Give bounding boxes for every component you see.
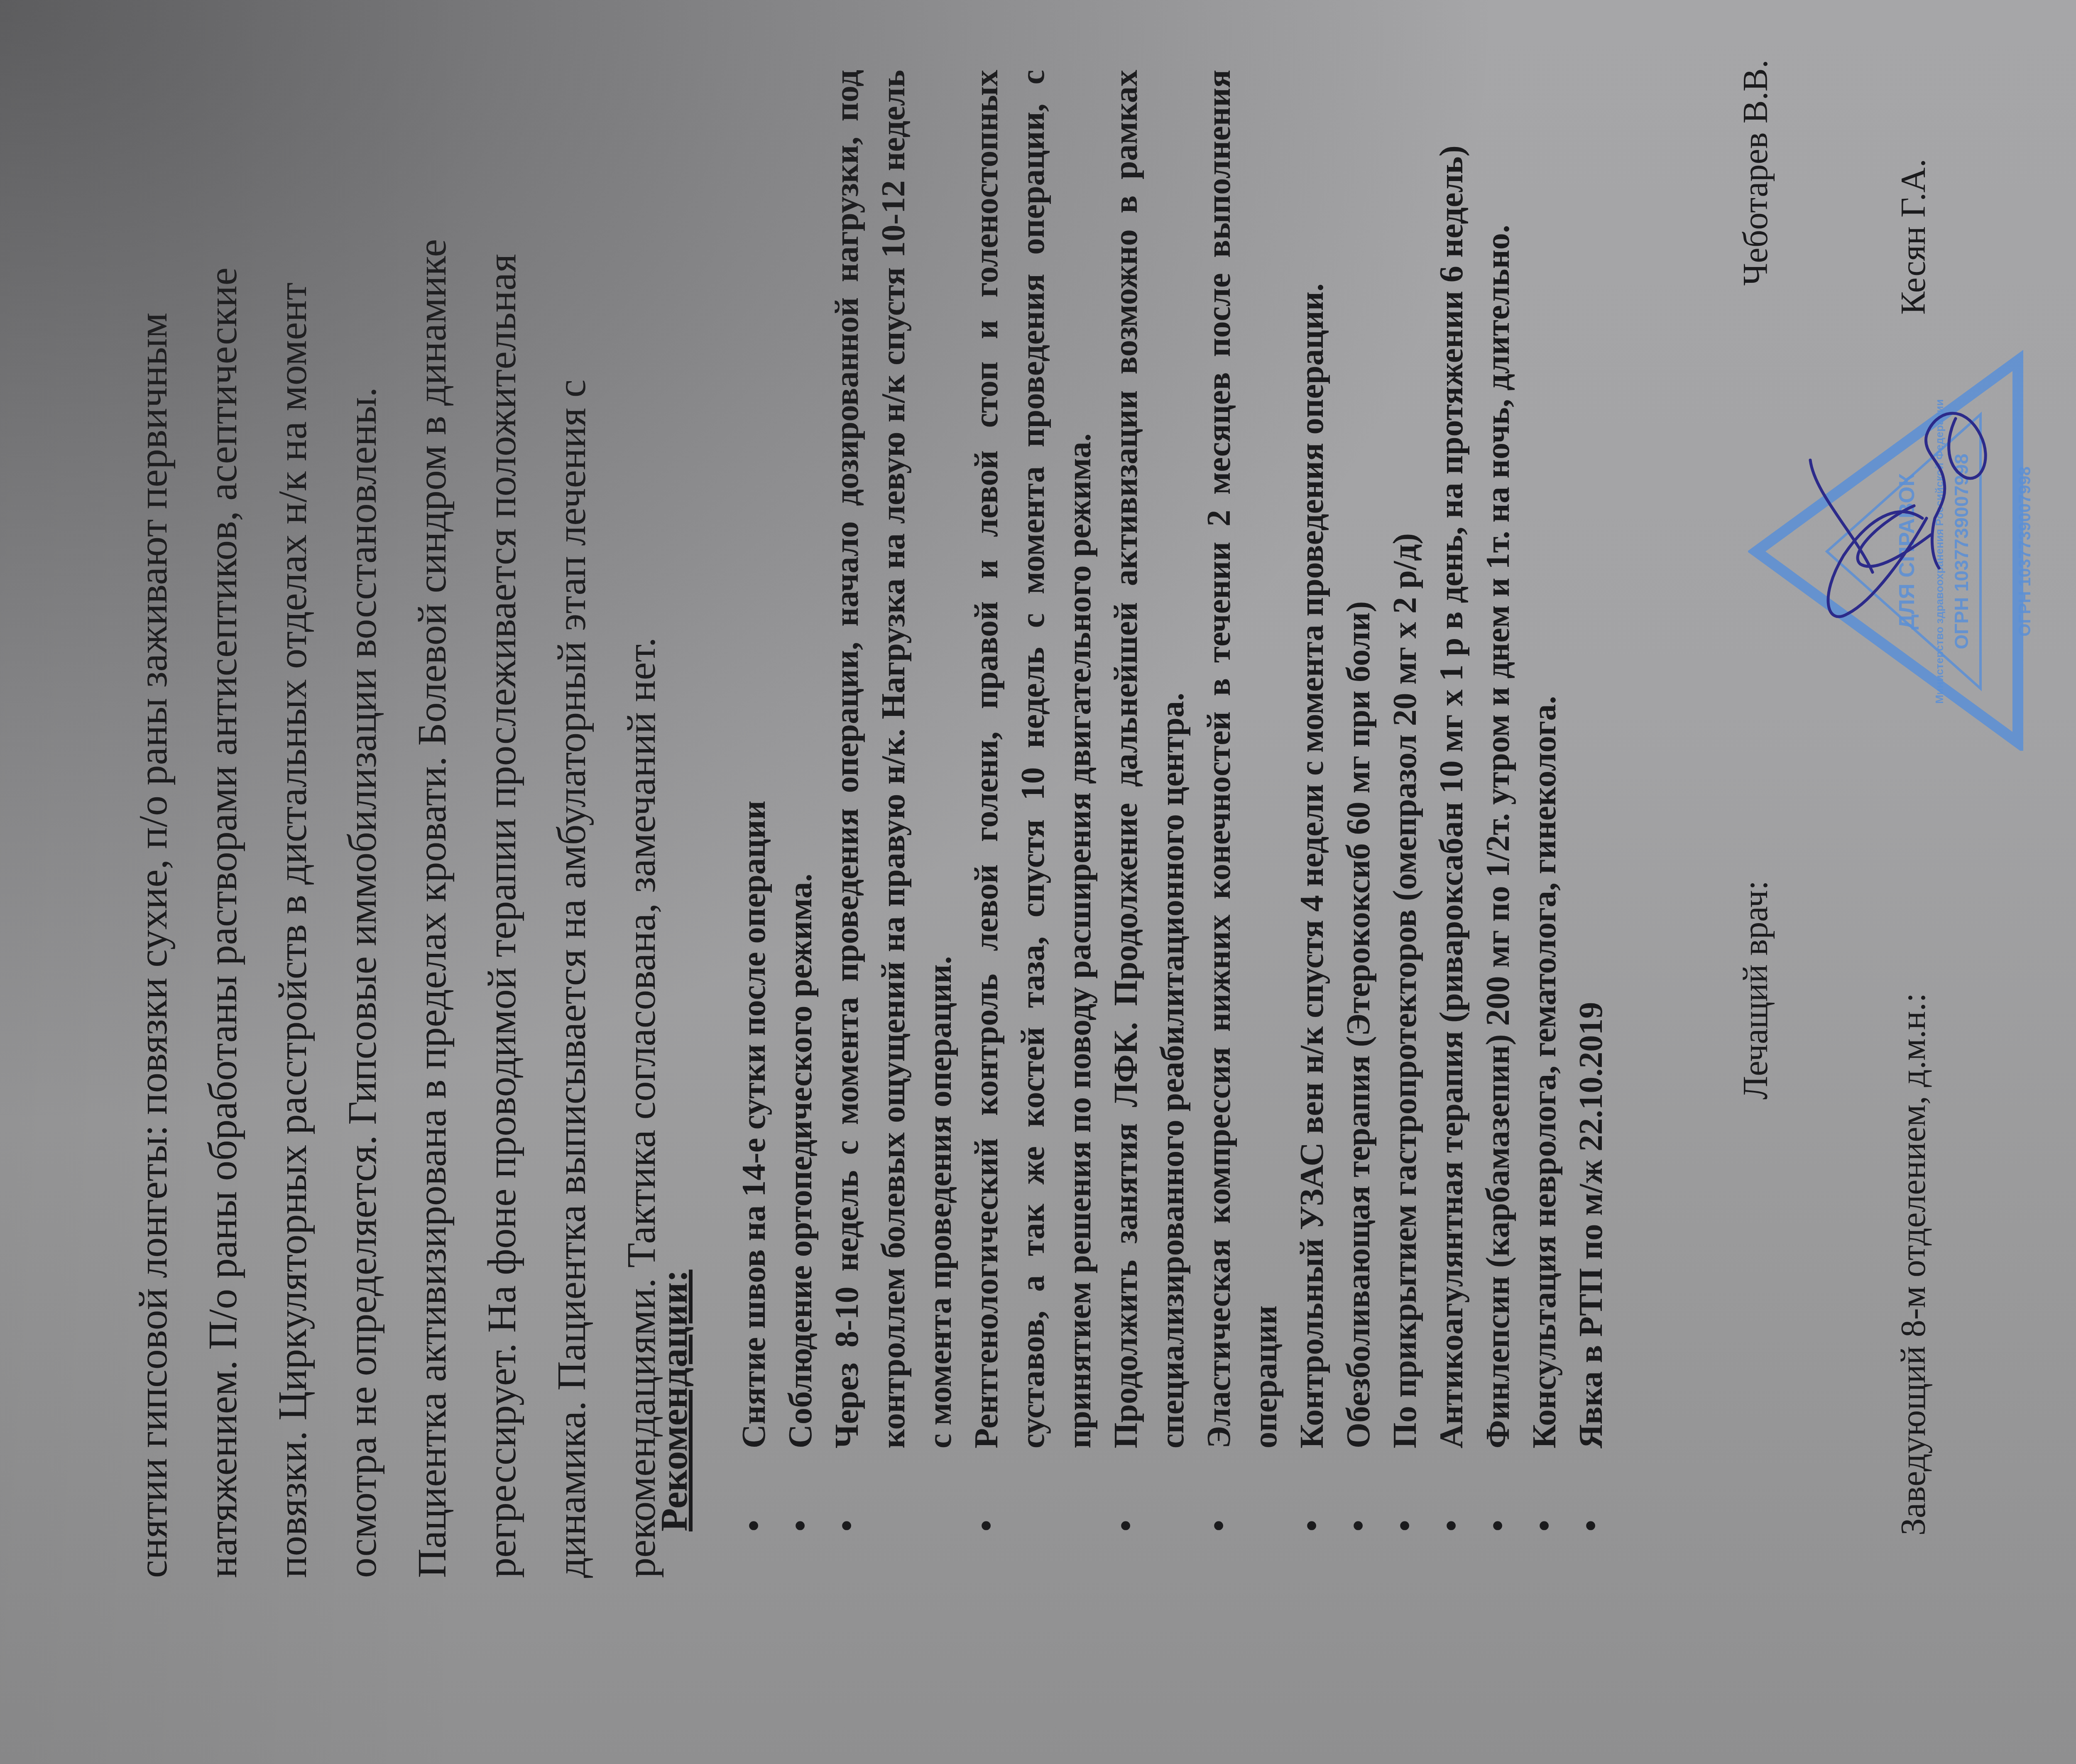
recommendation-item: Консультация невролога, гематолога, гине…: [1521, 70, 1568, 1531]
triangular-stamp-icon: ОГРН 1037739007998 ОГРН 1037739007998 Ми…: [1748, 344, 2039, 751]
recommendation-item: Продолжить занятия ЛФК. Продолжение даль…: [1103, 70, 1196, 1531]
attending-physician-signature: Лечащий врач: Чеботарев В.В.: [1736, 0, 1893, 1531]
recommendation-item: Снятие швов на 14-е сутки после операции: [731, 70, 777, 1531]
paragraph-line: натяжением. П/о раны обработаны раствора…: [188, 42, 258, 1578]
paragraph-line: повязки. Циркуляторных расстройств в дис…: [258, 42, 328, 1578]
stamp-ministry-text: Министерство здравоохранения Российской …: [1933, 399, 1946, 704]
stamp-ogrn-text: ОГРН 1037739007998: [2016, 466, 2034, 637]
recommendation-item: Эластическая компрессия нижних конечност…: [1196, 70, 1289, 1531]
signature-name: Чеботарев В.В.: [1736, 59, 1776, 286]
recommendation-item: По прикрытием гастропротекторов (омепраз…: [1382, 70, 1428, 1531]
recommendation-item: Через 8-10 недель с момента проведения о…: [824, 70, 963, 1531]
signature-role: Заведующий 8-м отделением, д.м.н.:: [1893, 993, 1934, 1536]
paragraph-line: осмотра не определяется. Гипсовые иммоби…: [328, 42, 397, 1578]
paragraph-line: регрессирует. На фоне проводимой терапии…: [467, 42, 537, 1578]
recommendation-item: Соблюдение ортопедического режима.: [777, 70, 824, 1531]
recommendation-item: Явка в РТП по м/ж 22.10.2019: [1568, 70, 1614, 1531]
recommendation-item: Антикоагулянтная терапия (ривароксабан 1…: [1428, 70, 1475, 1531]
recommendations-heading: Рекомендации:: [652, 1269, 696, 1531]
recommendations-list: Снятие швов на 14-е сутки после операции…: [731, 70, 1614, 1531]
recommendation-item: Финлепсин (карбамазепин) 200 мг по 1/2т.…: [1475, 70, 1521, 1531]
document-photo: снятии гипсовой лонгеты: повязки сухие, …: [0, 0, 2076, 1764]
recommendation-item: Обезболивающая терапия (Этерококсиб 60 м…: [1335, 70, 1382, 1531]
recommendation-item: Рентгенологический контроль левой голени…: [963, 70, 1103, 1531]
stamp-inner-ogrn-text: ОГРН 1037739007998: [1951, 453, 1972, 649]
paragraph-line: Пациентка активизирована в пределах кров…: [397, 42, 467, 1578]
discharge-summary-paragraph: снятии гипсовой лонгеты: повязки сухие, …: [118, 42, 676, 1578]
paragraph-line: динамика. Пациентка выписывается на амбу…: [537, 42, 607, 1578]
signature-role: Лечащий врач:: [1736, 880, 1776, 1100]
paragraph-line: снятии гипсовой лонгеты: повязки сухие, …: [118, 42, 188, 1578]
signature-name: Кесян Г.А.: [1893, 159, 1934, 315]
signature-block: Лечащий врач: Чеботарев В.В. Заведующий …: [1736, 0, 2051, 1531]
document-page: снятии гипсовой лонгеты: повязки сухие, …: [0, 0, 2076, 1764]
department-head-signature: Заведующий 8-м отделением, д.м.н.: Кесян…: [1893, 0, 2051, 1531]
recommendation-item: Контрольный УЗАС вен н/к спустя 4 недели…: [1289, 70, 1335, 1531]
